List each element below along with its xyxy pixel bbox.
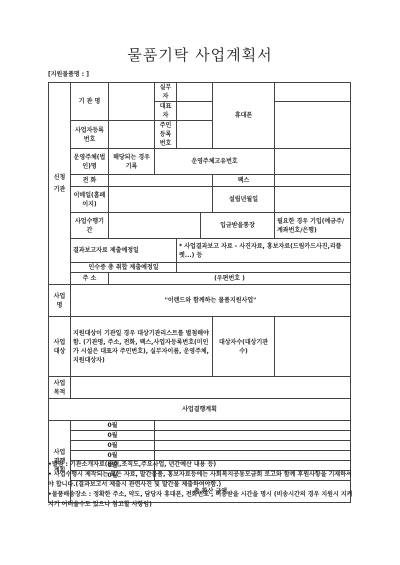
biz-reg-no-field[interactable] <box>109 121 155 149</box>
mobile-field-1[interactable] <box>275 83 351 102</box>
bank-account-note: 필요한 경우 기입(예금주/ 계좌번호/은행) <box>275 213 351 239</box>
email-label: 이메일(홈페이지) <box>71 187 109 213</box>
notes: •별첨 : 기관소개자료(연혁,조직도,주요사업, 년간예산 내용 등) • 사… <box>48 460 353 509</box>
if-applicable-label: 해당되는 경우 기록 <box>109 149 155 175</box>
note-attachment: •별첨 : 기관소개자료(연혁,조직도,주요사업, 년간예산 내용 등) <box>48 460 353 470</box>
month-field[interactable] <box>155 431 351 441</box>
month-label: 0월 <box>71 441 155 451</box>
target-count-label: 대상자수(대상기관수) <box>213 317 275 377</box>
month-field[interactable] <box>155 451 351 461</box>
receipt-date-label: 인수증 총 취합 제출예정일 <box>71 263 177 273</box>
month-label: 0월 <box>71 431 155 441</box>
resident-no-field[interactable] <box>177 121 213 149</box>
resident-no-label: 주민등록번호 <box>155 121 177 149</box>
target-label: 사업대상 <box>49 317 71 377</box>
report-date-label: 결과보고자료 제출예정일 <box>71 239 177 263</box>
mobile-field-2[interactable] <box>275 102 351 149</box>
biz-reg-no-label: 사업자등록번호 <box>71 121 109 149</box>
duration-field[interactable] <box>109 213 201 239</box>
operator-name-label: 운영주체(법인)명 <box>71 149 109 175</box>
org-name-label: 기 관 명 <box>71 83 109 121</box>
project-name-label: 사업명 <box>49 285 71 317</box>
business-plan-form: 신청기관 기 관 명 실무자 휴대폰 대표자 사업자등록번호 주민등록번호 운영… <box>48 82 351 503</box>
org-name-field[interactable] <box>109 83 155 121</box>
target-text: 지원대상이 기관일 경우 대상기관리스트를 별첨해야 함. (기관명, 주소, … <box>71 317 213 377</box>
fax-field[interactable] <box>275 175 351 187</box>
representative-field[interactable] <box>177 102 213 121</box>
month-label: 0월 <box>71 421 155 431</box>
fax-label: 팩스 <box>213 175 275 187</box>
person-in-charge-field[interactable] <box>177 83 213 102</box>
purpose-field[interactable] <box>71 377 351 399</box>
note-logo: • 사업수행시 제작되는 모든 자료, 발간물품, 홍보자료등에는 사회복지공동… <box>48 470 353 490</box>
applicant-section-label: 신청기관 <box>49 83 71 285</box>
plan-header: 사업결행계획 <box>49 399 351 421</box>
operator-id-label: 운영주체고유번호 <box>155 149 275 175</box>
mobile-label: 휴대폰 <box>213 83 275 149</box>
bank-account-label: 입금받을통장 <box>201 213 275 239</box>
phone-label: 전 화 <box>71 175 109 187</box>
email-field[interactable] <box>109 187 213 213</box>
purpose-label: 사업목적 <box>49 377 71 399</box>
phone-field[interactable] <box>109 175 213 187</box>
person-in-charge-label: 실무자 <box>155 83 177 102</box>
item-name-label: [지원물품명 : ] <box>48 69 89 78</box>
address-field[interactable]: (우편번호 ) <box>109 273 351 285</box>
postal-code-text: (우편번호 ) <box>214 275 245 282</box>
project-name-value[interactable]: "이랜드와 함께하는 물품지원사업" <box>71 285 351 317</box>
note-delivery: •물품배송장소 : 정확한 주소, 약도, 담당자 휴대폰, 전화번호 , 비송… <box>48 490 353 510</box>
representative-label: 대표자 <box>155 102 177 121</box>
month-field[interactable] <box>155 421 351 431</box>
report-note: * 사업결과보고 자료 - 사진자료, 홍보자료(드림카드사진,리플렛...) … <box>177 239 351 263</box>
target-count-field[interactable] <box>275 317 351 377</box>
month-label: 0월 <box>71 451 155 461</box>
duration-label: 사업수행기간 <box>71 213 109 239</box>
founded-label: 설립년월일 <box>213 187 275 213</box>
month-field[interactable] <box>155 441 351 451</box>
address-label: 주 소 <box>71 273 109 285</box>
document-title: 물품기탁 사업계획서 <box>0 44 400 65</box>
receipt-date-field[interactable] <box>177 263 351 273</box>
founded-field[interactable] <box>275 187 351 213</box>
operator-id-field[interactable] <box>275 149 351 175</box>
